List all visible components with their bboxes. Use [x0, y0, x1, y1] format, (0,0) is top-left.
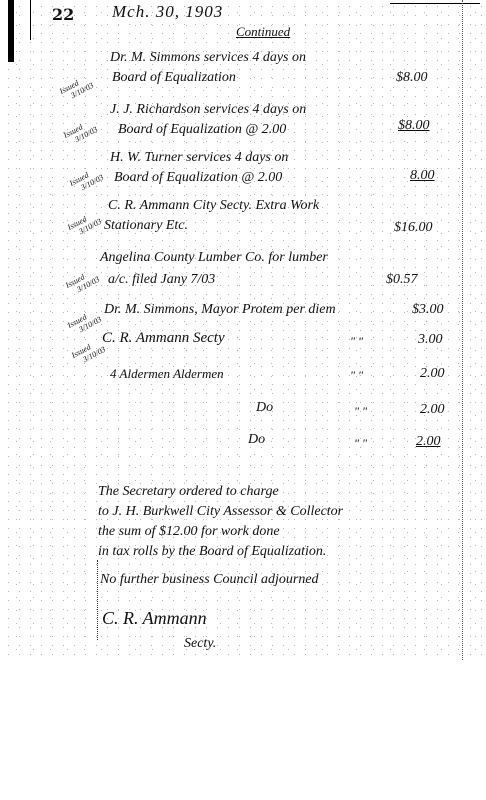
entry-amount: $16.00	[394, 220, 433, 236]
closing-line: No further business Council adjourned	[100, 572, 319, 588]
binding-edge	[8, 0, 14, 62]
margin-rule	[30, 0, 31, 40]
entry-amount: 2.00	[420, 366, 445, 382]
entry-line: C. R. Ammann City Secty. Extra Work	[108, 198, 319, 214]
ditto-marks: " "	[350, 334, 363, 349]
signature-title: Secty.	[184, 636, 216, 652]
entry-amount: $8.00	[398, 118, 430, 134]
resolution-line: the sum of $12.00 for work done	[98, 524, 280, 540]
entry-amount: 3.00	[418, 332, 443, 348]
entry-line: H. W. Turner services 4 days on	[110, 150, 288, 166]
page-number: 22	[52, 5, 74, 24]
resolution-line: The Secretary ordered to charge	[98, 484, 279, 500]
entry-line: Do	[248, 432, 265, 448]
entry-line: J. J. Richardson services 4 days on	[110, 102, 306, 118]
resolution-line: to J. H. Burkwell City Assessor & Collec…	[98, 504, 343, 520]
entry-amount: $3.00	[412, 302, 444, 318]
right-margin-rule	[462, 0, 464, 660]
top-rule	[390, 3, 480, 4]
entry-line: C. R. Ammann Secty	[102, 330, 225, 347]
entry-line: Dr. M. Simmons, Mayor Protem per diem	[104, 302, 336, 318]
entry-line: Do	[256, 400, 273, 416]
header-subtitle: Continued	[236, 24, 290, 40]
entry-line: a/c. filed Jany 7/03	[108, 272, 215, 288]
entry-line: Board of Equalization	[112, 70, 236, 86]
entry-line: Dr. M. Simmons services 4 days on	[110, 50, 306, 66]
entry-line: Angelina County Lumber Co. for lumber	[100, 250, 328, 266]
entry-amount: 8.00	[410, 168, 435, 184]
entry-amount: 2.00	[420, 402, 445, 418]
entry-amount: $8.00	[396, 70, 428, 86]
entry-line: Stationary Etc.	[104, 218, 188, 234]
entry-line: Board of Equalization @ 2.00	[114, 170, 282, 186]
lower-margin-rule	[97, 560, 99, 640]
resolution-line: in tax rolls by the Board of Equalizatio…	[98, 544, 326, 560]
signature-name: C. R. Ammann	[102, 608, 207, 629]
ditto-marks: " "	[354, 436, 367, 451]
ditto-marks: " "	[350, 368, 363, 383]
entry-line: 4 Aldermen Aldermen	[110, 366, 224, 382]
ditto-marks: " "	[354, 404, 367, 419]
entry-line: Board of Equalization @ 2.00	[118, 122, 286, 138]
entry-amount: $0.57	[386, 272, 418, 288]
entry-amount: 2.00	[416, 434, 441, 450]
header-date: Mch. 30, 1903	[112, 2, 223, 22]
